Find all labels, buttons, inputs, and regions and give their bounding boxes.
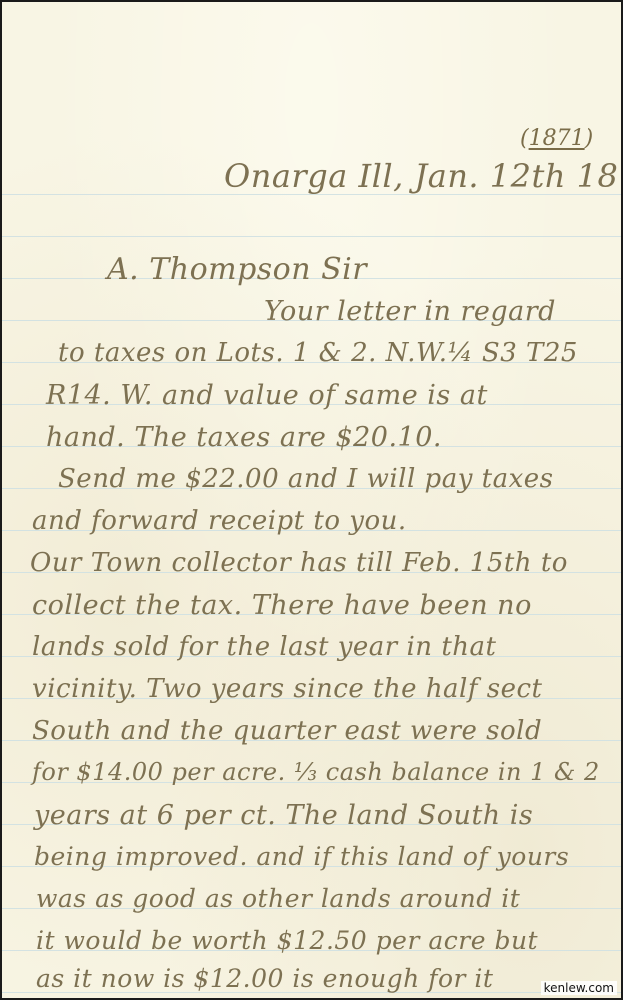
body-line: Send me $22.00 and I will pay taxes	[58, 464, 554, 494]
salutation: A. Thompson Sir	[107, 252, 367, 287]
body-line: as it now is $12.00 is enough for it	[36, 964, 493, 993]
body-line: lands sold for the last year in that	[32, 632, 496, 662]
body-line: R14. W. and value of same is at	[46, 380, 488, 411]
body-line: Your letter in regard	[264, 296, 556, 327]
year-annotation-value: 1871	[529, 126, 585, 151]
body-line: being improved. and if this land of your…	[34, 842, 569, 871]
dateline: Onarga Ill, Jan. 12th 1870	[224, 157, 623, 195]
ruled-line	[2, 236, 621, 237]
body-line: was as good as other lands around it	[36, 884, 520, 913]
body-line: for $14.00 per acre. ⅓ cash balance in 1…	[32, 758, 600, 786]
body-line: to taxes on Lots. 1 & 2. N.W.¼ S3 T25	[58, 338, 578, 368]
body-line: it would be worth $12.50 per acre but	[36, 926, 538, 955]
body-line: hand. The taxes are $20.10.	[46, 422, 442, 453]
document-frame: (1871) Onarga Ill, Jan. 12th 1870 A. Tho…	[0, 0, 623, 1000]
body-line: collect the tax. There have been no	[32, 590, 532, 621]
body-line: years at 6 per ct. The land South is	[34, 800, 533, 831]
year-annotation: (1871)	[520, 126, 593, 151]
watermark: kenlew.com	[541, 981, 617, 995]
body-line: and forward receipt to you.	[32, 506, 407, 536]
body-line: Our Town collector has till Feb. 15th to	[30, 548, 568, 578]
body-line: South and the quarter east were sold	[32, 716, 542, 746]
body-line: vicinity. Two years since the half sect	[32, 674, 543, 704]
letter-paper: (1871) Onarga Ill, Jan. 12th 1870 A. Tho…	[2, 2, 621, 998]
